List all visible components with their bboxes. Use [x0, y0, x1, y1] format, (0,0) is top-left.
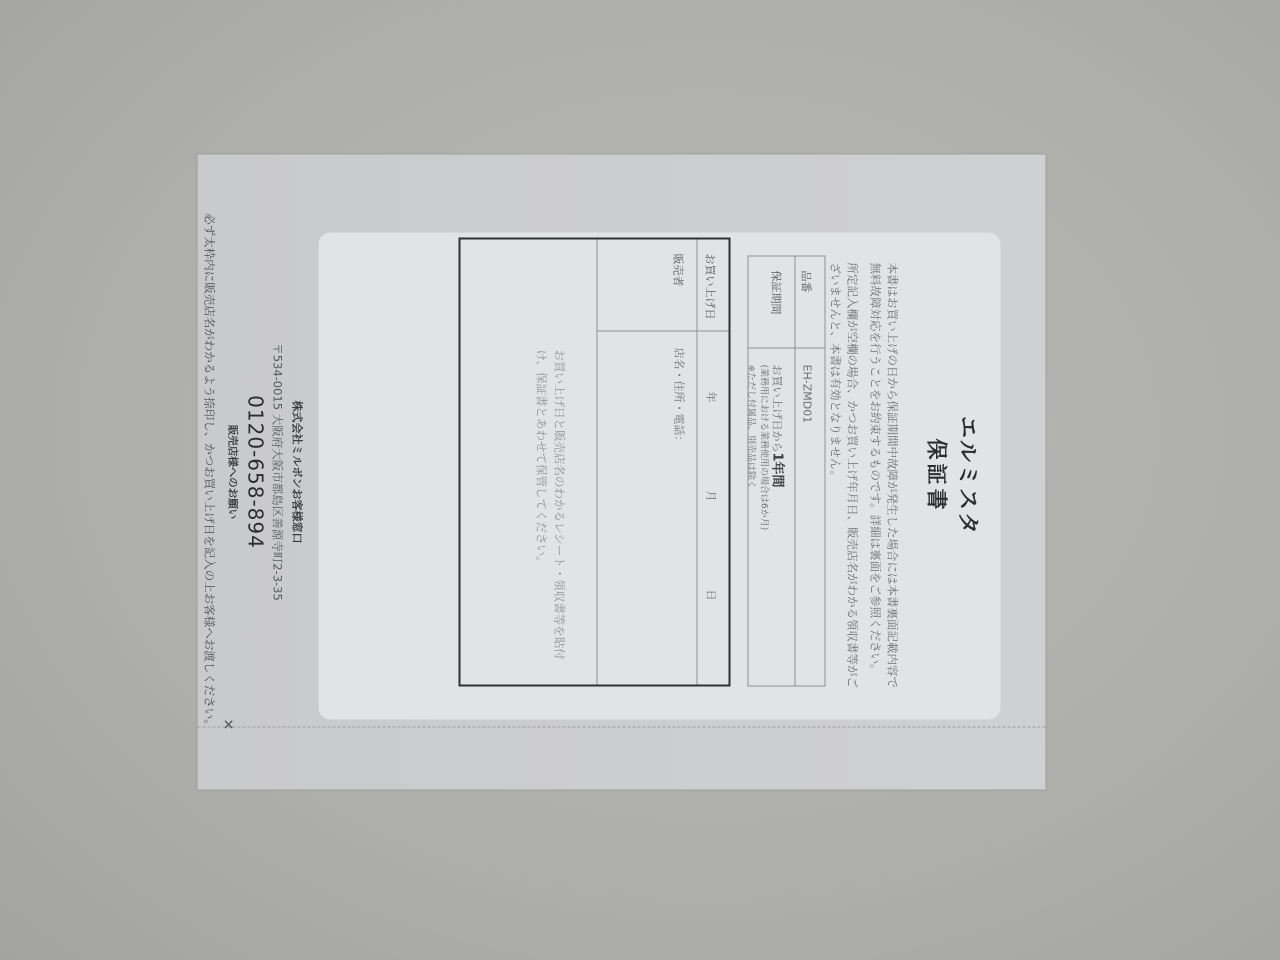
cut-line: [197, 727, 1045, 728]
period-exclusion: ※ただし付属品、別売品は除く: [743, 365, 756, 686]
warranty-sheet: エルミスタ 保証書 本書はお買い上げの日から保証期間中故障が発生した場合には本書…: [197, 155, 1045, 790]
warranty-card: エルミスタ 保証書 本書はお買い上げの日から保証期間中故障が発生した場合には本書…: [318, 233, 1000, 720]
purchase-date-label: お買い上げ日: [697, 240, 728, 332]
document-title: 保証書: [922, 233, 952, 720]
seller-label: 販売者: [597, 240, 696, 332]
contact-block: 株式会社ミルボンお客様窓口 〒534-0015 大阪府大阪市都島区善源寺町2-3…: [243, 155, 305, 790]
dealer-request-text: 必ず太枠内に販売店名がわかるよう捺印し、かつお買い上げ日を記入の上お客様へお渡し…: [200, 155, 217, 790]
purchase-date-field: 年 月 日: [697, 332, 728, 685]
dealer-request: 販売店様へのお願い 必ず太枠内に販売店名がわかるよう捺印し、かつお買い上げ日を記…: [200, 155, 240, 790]
period-value: お買い上げ日から1年間 (業務用における業務使用の場合は6か月) ※ただし付属品…: [748, 349, 794, 686]
year-unit: 年: [697, 392, 718, 403]
period-label: 保証期間: [748, 257, 794, 349]
product-label: 品番: [795, 257, 824, 349]
day-unit: 日: [697, 590, 718, 601]
company-address: 〒534-0015 大阪府大阪市都島区善源寺町2-3-35: [269, 155, 285, 790]
brand-title: エルミスタ: [953, 233, 984, 720]
period-row: 保証期間 お買い上げ日から1年間 (業務用における業務使用の場合は6か月) ※た…: [747, 256, 795, 687]
period-note: (業務用における業務使用の場合は6か月): [756, 365, 769, 686]
product-row: 品番 EH-ZMD01: [795, 256, 825, 687]
dealer-stamp-box: お買い上げ日 年 月 日 販売者 店名・住所・電話： お買い上げ日と販売店名のわ…: [458, 238, 730, 687]
warranty-table: 品番 EH-ZMD01 保証期間 お買い上げ日から1年間 (業務用における業務使…: [405, 256, 825, 687]
period-prefix: お買い上げ日から: [770, 365, 783, 453]
intro-paragraph: 所定記入欄が空欄の場合、かつお買い上げ年月日、販売店名がわかる領収書等がございま…: [826, 263, 860, 690]
scissors-icon: ✕: [219, 719, 235, 731]
phone-number: 0120-658-894: [243, 155, 267, 790]
product-value: EH-ZMD01: [795, 349, 824, 686]
dealer-request-title: 販売店様へのお願い: [225, 155, 240, 790]
seller-row: 販売者 店名・住所・電話：: [596, 240, 696, 685]
company-name: 株式会社ミルボンお客様窓口: [289, 155, 305, 790]
intro-text: 本書はお買い上げの日から保証期間中故障が発生した場合には本書裏面記載内容で無料故…: [820, 263, 900, 690]
period-duration: 1年間: [769, 453, 784, 488]
receipt-note: お買い上げ日と販売店名のわかるレシート・領収書等を貼付け、保証書とあわせて保管し…: [460, 240, 594, 685]
purchase-date-row: お買い上げ日 年 月 日: [696, 240, 728, 685]
intro-paragraph: 本書はお買い上げの日から保証期間中故障が発生した場合には本書裏面記載内容で無料故…: [866, 263, 900, 690]
month-unit: 月: [697, 491, 718, 502]
seller-field: 店名・住所・電話：: [597, 332, 696, 685]
